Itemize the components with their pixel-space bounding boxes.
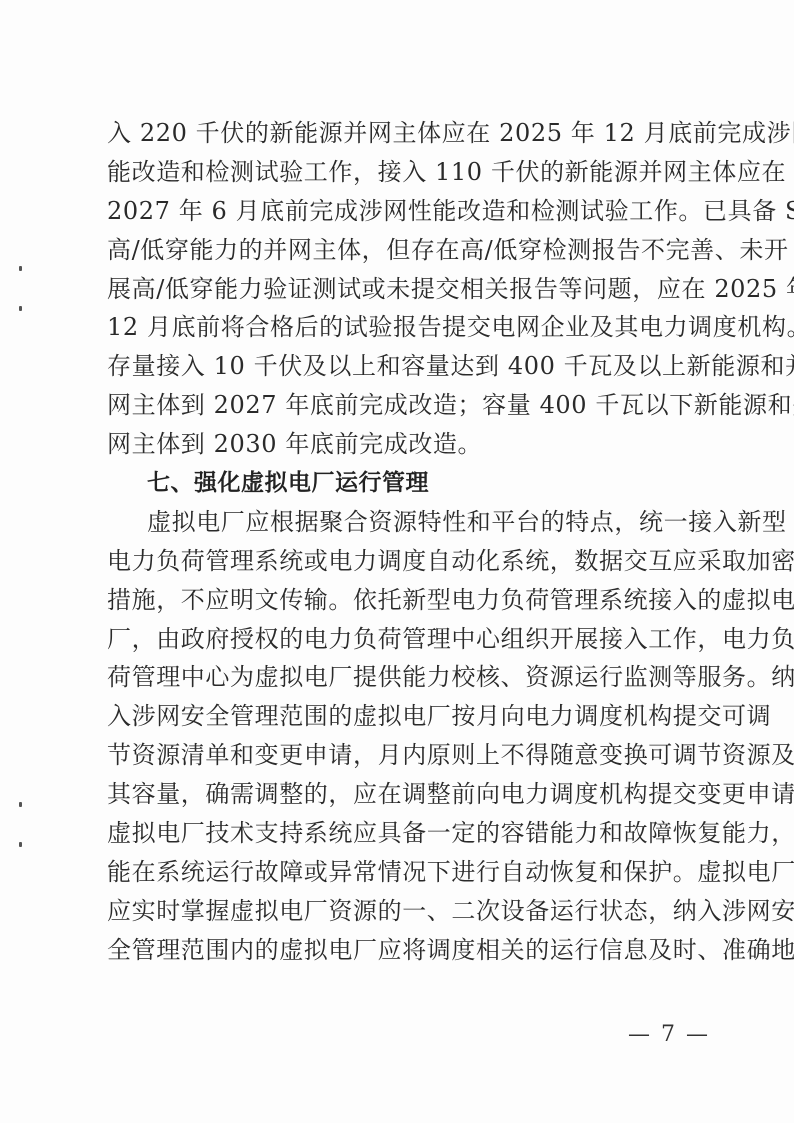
document-page: 入 220 千伏的新能源并网主体应在 2025 年 12 月底前完成涉网性 能改… [0, 0, 794, 1123]
text-line: 2027 年 6 月底前完成涉网性能改造和检测试验工作。已具备 SVG [107, 192, 697, 231]
binding-mark [19, 842, 22, 847]
text-line: 能在系统运行故障或异常情况下进行自动恢复和保护。虚拟电厂 [107, 853, 697, 892]
page-number: — 7 — [628, 1022, 710, 1047]
text-line: 节资源清单和变更申请，月内原则上不得随意变换可调节资源及 [107, 736, 697, 775]
text-line: 措施，不应明文传输。依托新型电力负荷管理系统接入的虚拟电 [107, 581, 697, 620]
text-line: 入涉网安全管理范围的虚拟电厂按月向电力调度机构提交可调 [107, 697, 697, 736]
section-heading: 七、强化虚拟电厂运行管理 [107, 464, 697, 503]
binding-mark [19, 306, 22, 311]
text-line: 能改造和检测试验工作，接入 110 千伏的新能源并网主体应在 [107, 153, 697, 192]
text-line: 应实时掌握虚拟电厂资源的一、二次设备运行状态，纳入涉网安 [107, 892, 697, 931]
binding-mark [19, 802, 22, 807]
text-line: 高/低穿能力的并网主体，但存在高/低穿检测报告不完善、未开 [107, 231, 697, 270]
text-line: 其容量，确需调整的，应在调整前向电力调度机构提交变更申请。 [107, 775, 697, 814]
text-line: 荷管理中心为虚拟电厂提供能力校核、资源运行监测等服务。纳 [107, 658, 697, 697]
text-line: 入 220 千伏的新能源并网主体应在 2025 年 12 月底前完成涉网性 [107, 114, 697, 153]
body-text: 入 220 千伏的新能源并网主体应在 2025 年 12 月底前完成涉网性 能改… [107, 114, 697, 970]
text-line: 电力负荷管理系统或电力调度自动化系统，数据交互应采取加密 [107, 542, 697, 581]
text-line: 12 月底前将合格后的试验报告提交电网企业及其电力调度机构。 [107, 308, 697, 347]
text-line: 全管理范围内的虚拟电厂应将调度相关的运行信息及时、准确地 [107, 931, 697, 970]
text-line: 网主体到 2027 年底前完成改造；容量 400 千瓦以下新能源和并 [107, 386, 697, 425]
paragraph-virtual-power-plant: 虚拟电厂应根据聚合资源特性和平台的特点，统一接入新型 电力负荷管理系统或电力调度… [107, 503, 697, 970]
text-line: 展高/低穿能力验证测试或未提交相关报告等问题，应在 2025 年 [107, 270, 697, 309]
text-line: 网主体到 2030 年底前完成改造。 [107, 425, 697, 464]
binding-mark [19, 266, 22, 271]
text-line: 虚拟电厂技术支持系统应具备一定的容错能力和故障恢复能力， [107, 814, 697, 853]
paragraph-continuation: 入 220 千伏的新能源并网主体应在 2025 年 12 月底前完成涉网性 能改… [107, 114, 697, 464]
text-line: 厂，由政府授权的电力负荷管理中心组织开展接入工作，电力负 [107, 620, 697, 659]
text-line: 存量接入 10 千伏及以上和容量达到 400 千瓦及以上新能源和并 [107, 347, 697, 386]
text-line: 虚拟电厂应根据聚合资源特性和平台的特点，统一接入新型 [107, 503, 697, 542]
